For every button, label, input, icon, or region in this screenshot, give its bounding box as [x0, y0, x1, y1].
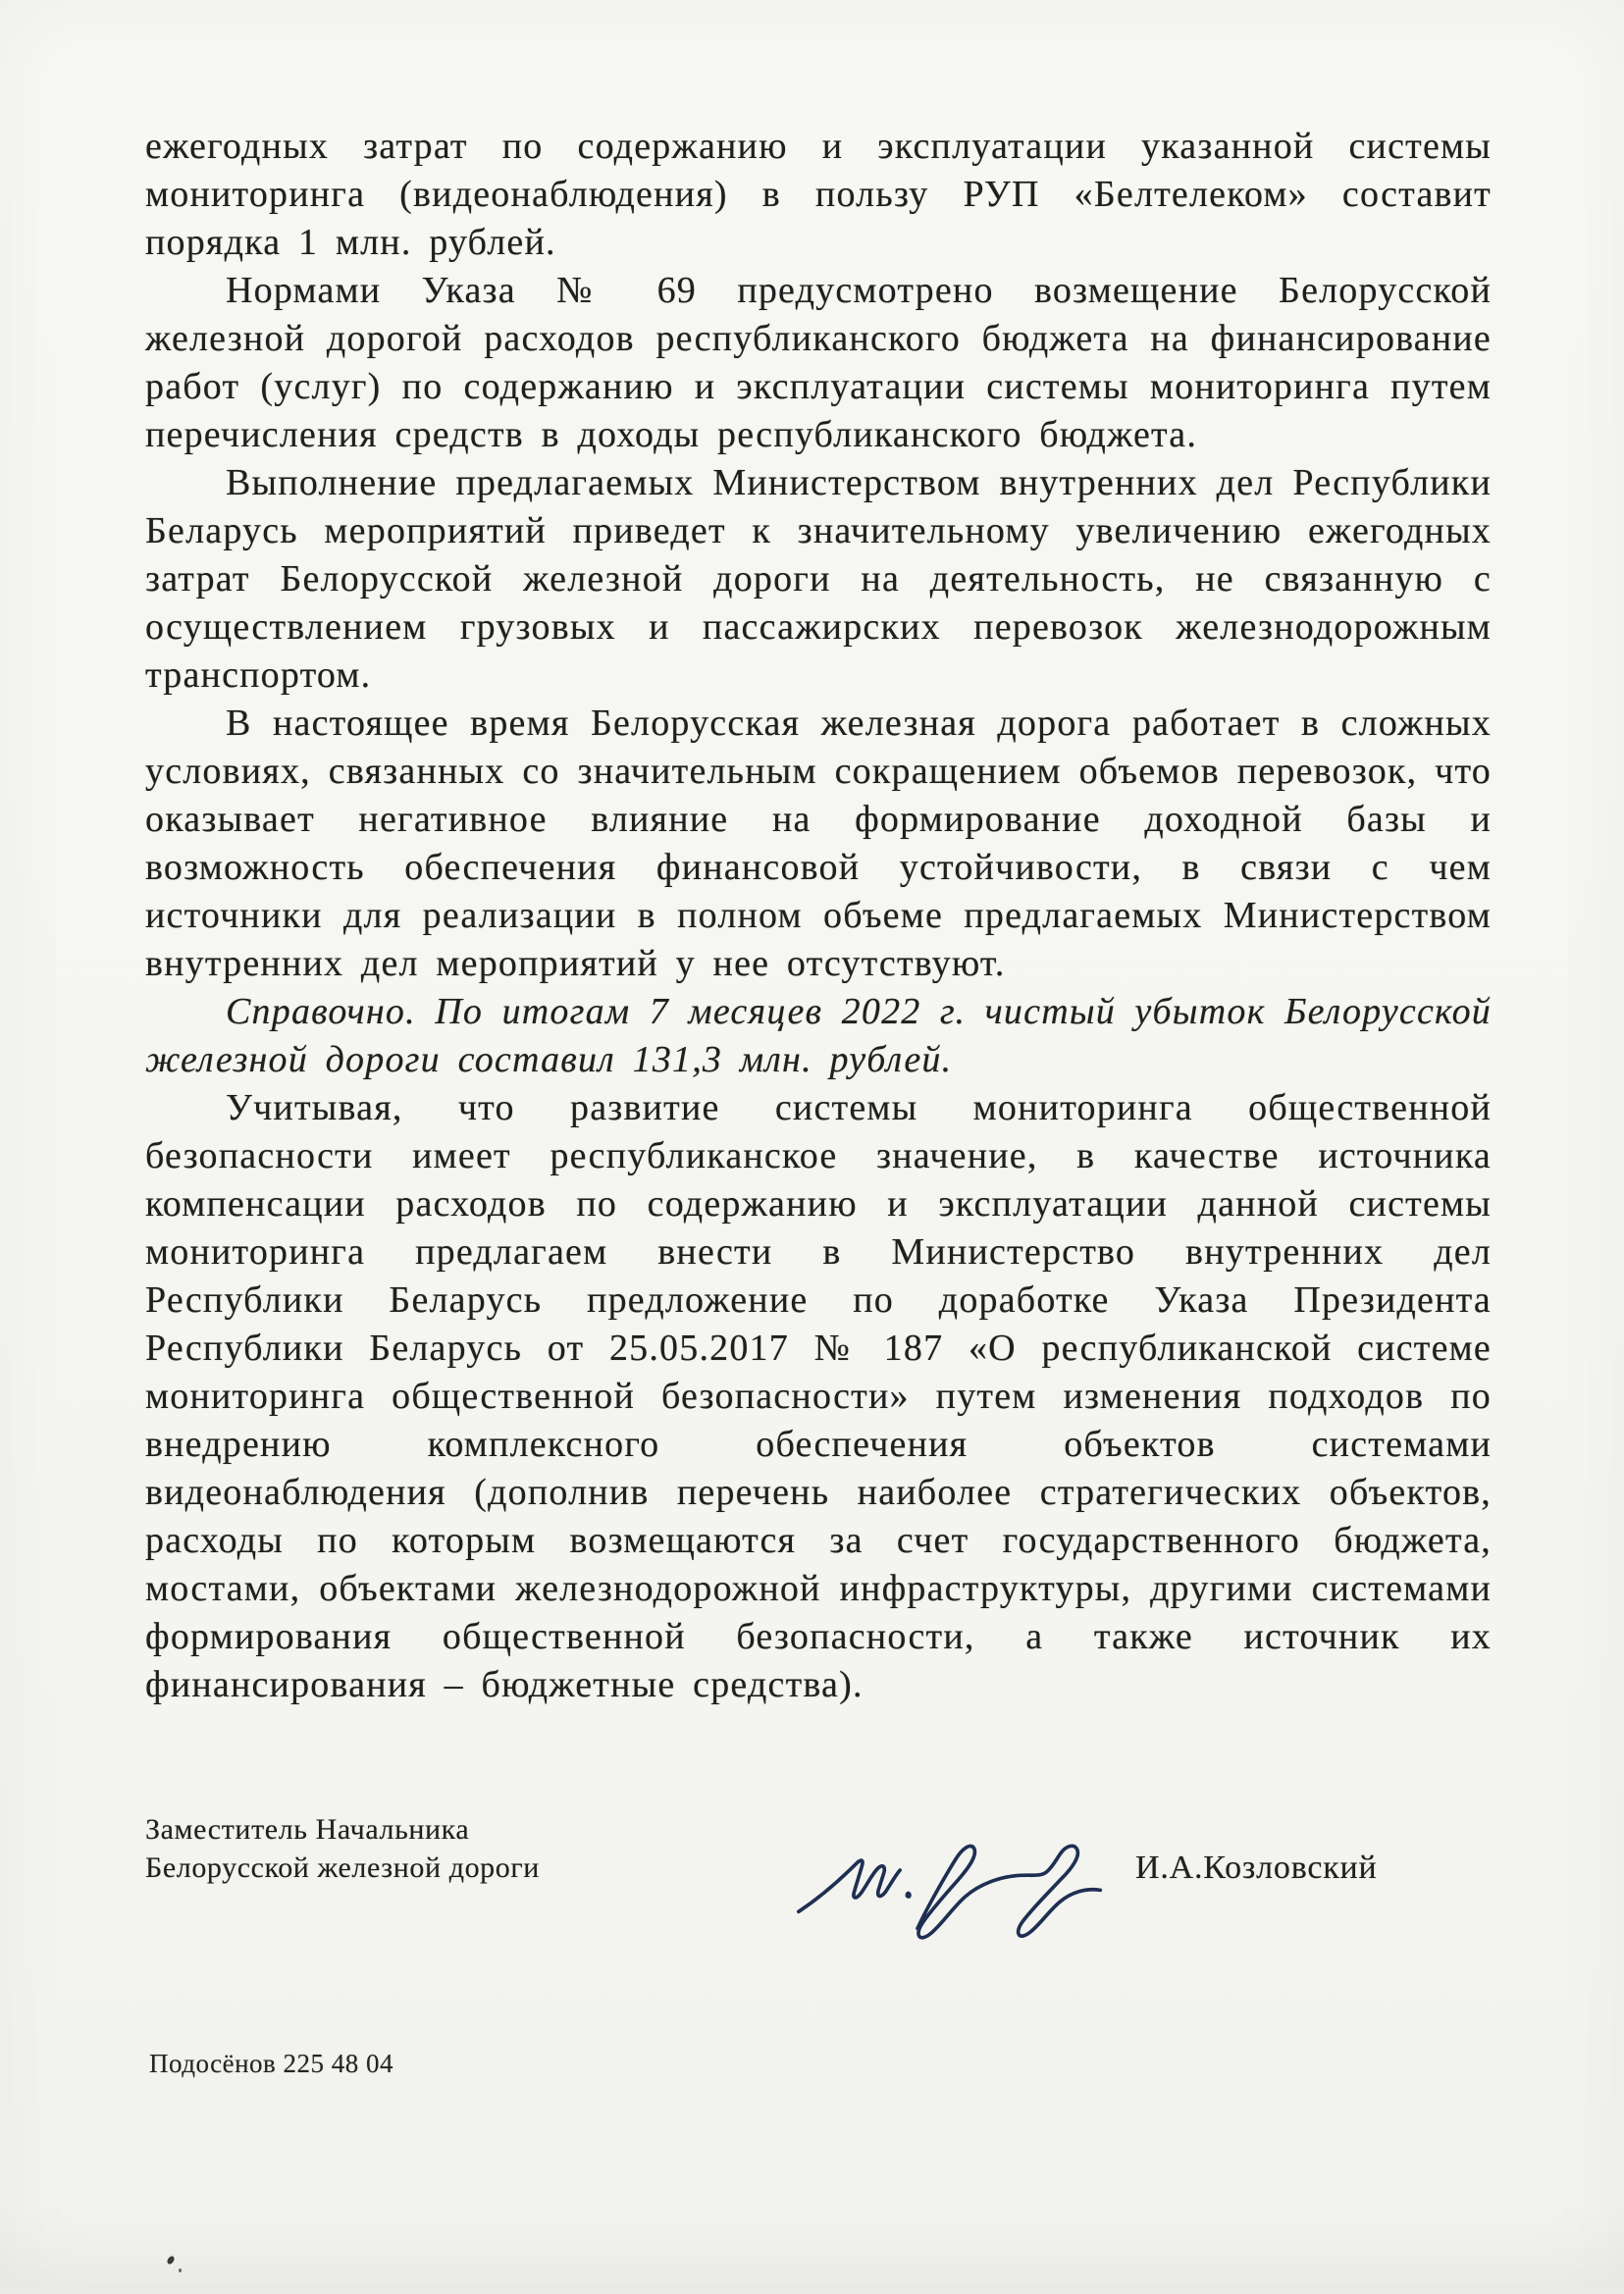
- paragraph-3: Выполнение предлагаемых Министерством вн…: [145, 459, 1492, 700]
- paragraph-4: В настоящее время Белорусская железная д…: [145, 700, 1492, 988]
- signature-block: Заместитель Начальника Белорусской желез…: [145, 1810, 1492, 1977]
- signer-position-line1: Заместитель Начальника: [145, 1810, 540, 1849]
- paragraph-1: ежегодных затрат по содержанию и эксплуа…: [145, 123, 1492, 267]
- ink-speck: [179, 2268, 182, 2272]
- letter-body: ежегодных затрат по содержанию и эксплуа…: [145, 123, 1492, 1709]
- paragraph-6: Учитывая, что развитие системы мониторин…: [145, 1084, 1492, 1709]
- paragraph-2: Нормами Указа № 69 предусмотрено возмеще…: [145, 267, 1492, 459]
- signer-name: И.А.Козловский: [1135, 1850, 1378, 1887]
- signer-position-line2: Белорусской железной дороги: [145, 1849, 540, 1887]
- ink-speck: [166, 2255, 176, 2266]
- executor-contact: Подосёнов 225 48 04: [149, 2049, 393, 2079]
- signer-position: Заместитель Начальника Белорусской желез…: [145, 1810, 540, 1887]
- paragraph-5-reference-note: Справочно. По итогам 7 месяцев 2022 г. ч…: [145, 988, 1492, 1084]
- scanned-letter-page: ежегодных затрат по содержанию и эксплуа…: [0, 0, 1624, 2294]
- handwritten-signature-icon: [771, 1832, 1132, 1952]
